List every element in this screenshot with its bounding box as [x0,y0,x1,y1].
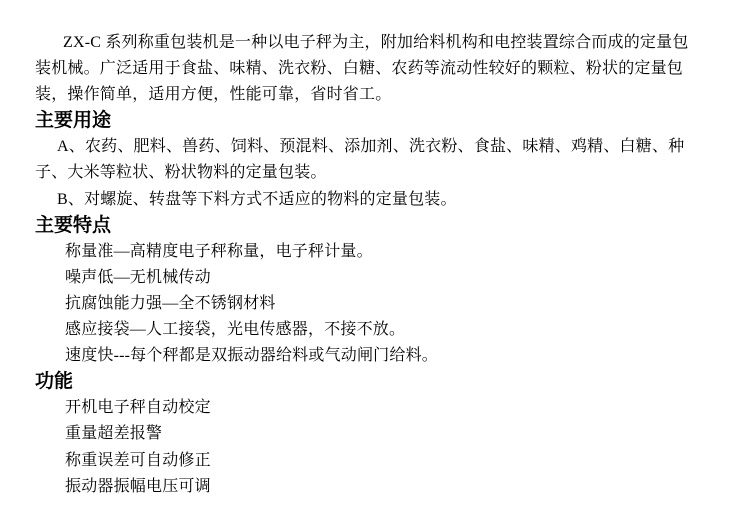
section-heading-functions: 功能 [35,369,715,395]
section-heading-main-uses: 主要用途 [35,108,715,134]
section-main-uses: 主要用途 A、农药、肥料、兽药、饲料、预混料、添加剂、洗衣粉、食盐、味精、鸡精、… [35,108,715,212]
intro-line: 装机械。广泛适用于食盐、味精、洗衣粉、白糖、农药等流动性较好的颗粒、粉状的定量包 [35,56,715,82]
section-line-item-a-cont: 子、大米等粒状、粉状物料的定量包装。 [35,160,715,186]
document-page: ZX-C 系列称重包装机是一种以电子秤为主，附加给料机构和电控装置综合而成的定量… [0,0,750,514]
feature-line-low-noise: 噪声低—无机械传动 [35,265,715,291]
function-line-error-correction: 称重误差可自动修正 [35,448,715,474]
section-line-item-a: A、农药、肥料、兽药、饲料、预混料、添加剂、洗衣粉、食盐、味精、鸡精、白糖、种 [35,134,715,160]
function-line-overweight-alarm: 重量超差报警 [35,421,715,447]
section-main-features: 主要特点 称量准—高精度电子秤称量，电子秤计量。 噪声低—无机械传动 抗腐蚀能力… [35,213,715,370]
intro-line: ZX-C 系列称重包装机是一种以电子秤为主，附加给料机构和电控装置综合而成的定量… [35,30,715,56]
intro-line: 装，操作简单，适用方便，性能可靠，省时省工。 [35,82,715,108]
section-functions: 功能 开机电子秤自动校定 重量超差报警 称重误差可自动修正 振动器振幅电压可调 [35,369,715,499]
section-heading-main-features: 主要特点 [35,213,715,239]
feature-line-corrosion: 抗腐蚀能力强—全不锈钢材料 [35,291,715,317]
intro-paragraph: ZX-C 系列称重包装机是一种以电子秤为主，附加给料机构和电控装置综合而成的定量… [35,30,715,108]
function-line-auto-calibration: 开机电子秤自动校定 [35,395,715,421]
function-line-vibrator-voltage: 振动器振幅电压可调 [35,474,715,500]
feature-line-speed: 速度快---每个秤都是双振动器给料或气动闸门给料。 [35,343,715,369]
section-line-item-b: B、对螺旋、转盘等下料方式不适应的物料的定量包装。 [35,187,715,213]
feature-line-bag-sensing: 感应接袋—人工接袋，光电传感器，不接不放。 [35,317,715,343]
feature-line-accuracy: 称量准—高精度电子秤称量，电子秤计量。 [35,239,715,265]
